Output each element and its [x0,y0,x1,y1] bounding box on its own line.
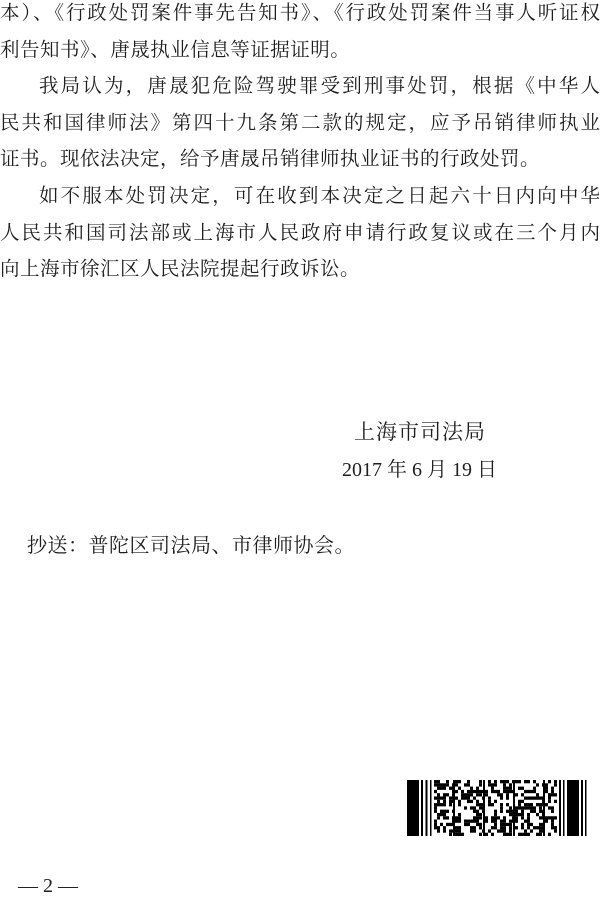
body-line: 利告知书》、唐晟执业信息等证据证明。 [0,33,600,70]
document-page: 本）、《行政处罚案件事先告知书》、《行政处罚案件当事人听证权 利告知书》、唐晟执… [0,0,600,906]
body-line: 向上海市徐汇区人民法院提起行政诉讼。 [0,252,600,289]
body-line: 我局认为，唐晟犯危险驾驶罪受到刑事处罚，根据《中华人 [0,69,600,106]
pdf417-barcode-icon [407,780,588,836]
paragraph: 如不服本处罚决定，可在收到本决定之日起六十日内向中华 人民共和国司法部或上海市人… [0,179,600,289]
page-number: — 2 — [18,874,78,898]
signature-date: 2017 年 6 月 19 日 [342,458,497,482]
paragraph: 本）、《行政处罚案件事先告知书》、《行政处罚案件当事人听证权 利告知书》、唐晟执… [0,0,600,69]
body-line: 民共和国律师法》第四十九条第二款的规定，应予吊销律师执业 [0,106,600,143]
body-line: 如不服本处罚决定，可在收到本决定之日起六十日内向中华 [0,179,600,216]
body-line: 证书。现依法决定，给予唐晟吊销律师执业证书的行政处罚。 [0,142,600,179]
paragraph: 我局认为，唐晟犯危险驾驶罪受到刑事处罚，根据《中华人 民共和国律师法》第四十九条… [0,69,600,179]
signature-organization: 上海市司法局 [354,420,486,444]
body-line: 本）、《行政处罚案件事先告知书》、《行政处罚案件当事人听证权 [0,0,600,33]
body-text: 本）、《行政处罚案件事先告知书》、《行政处罚案件当事人听证权 利告知书》、唐晟执… [0,0,600,289]
cc-line: 抄送：普陀区司法局、市律师协会。 [27,533,355,559]
body-line: 人民共和国司法部或上海市人民政府申请行政复议或在三个月内 [0,216,600,253]
